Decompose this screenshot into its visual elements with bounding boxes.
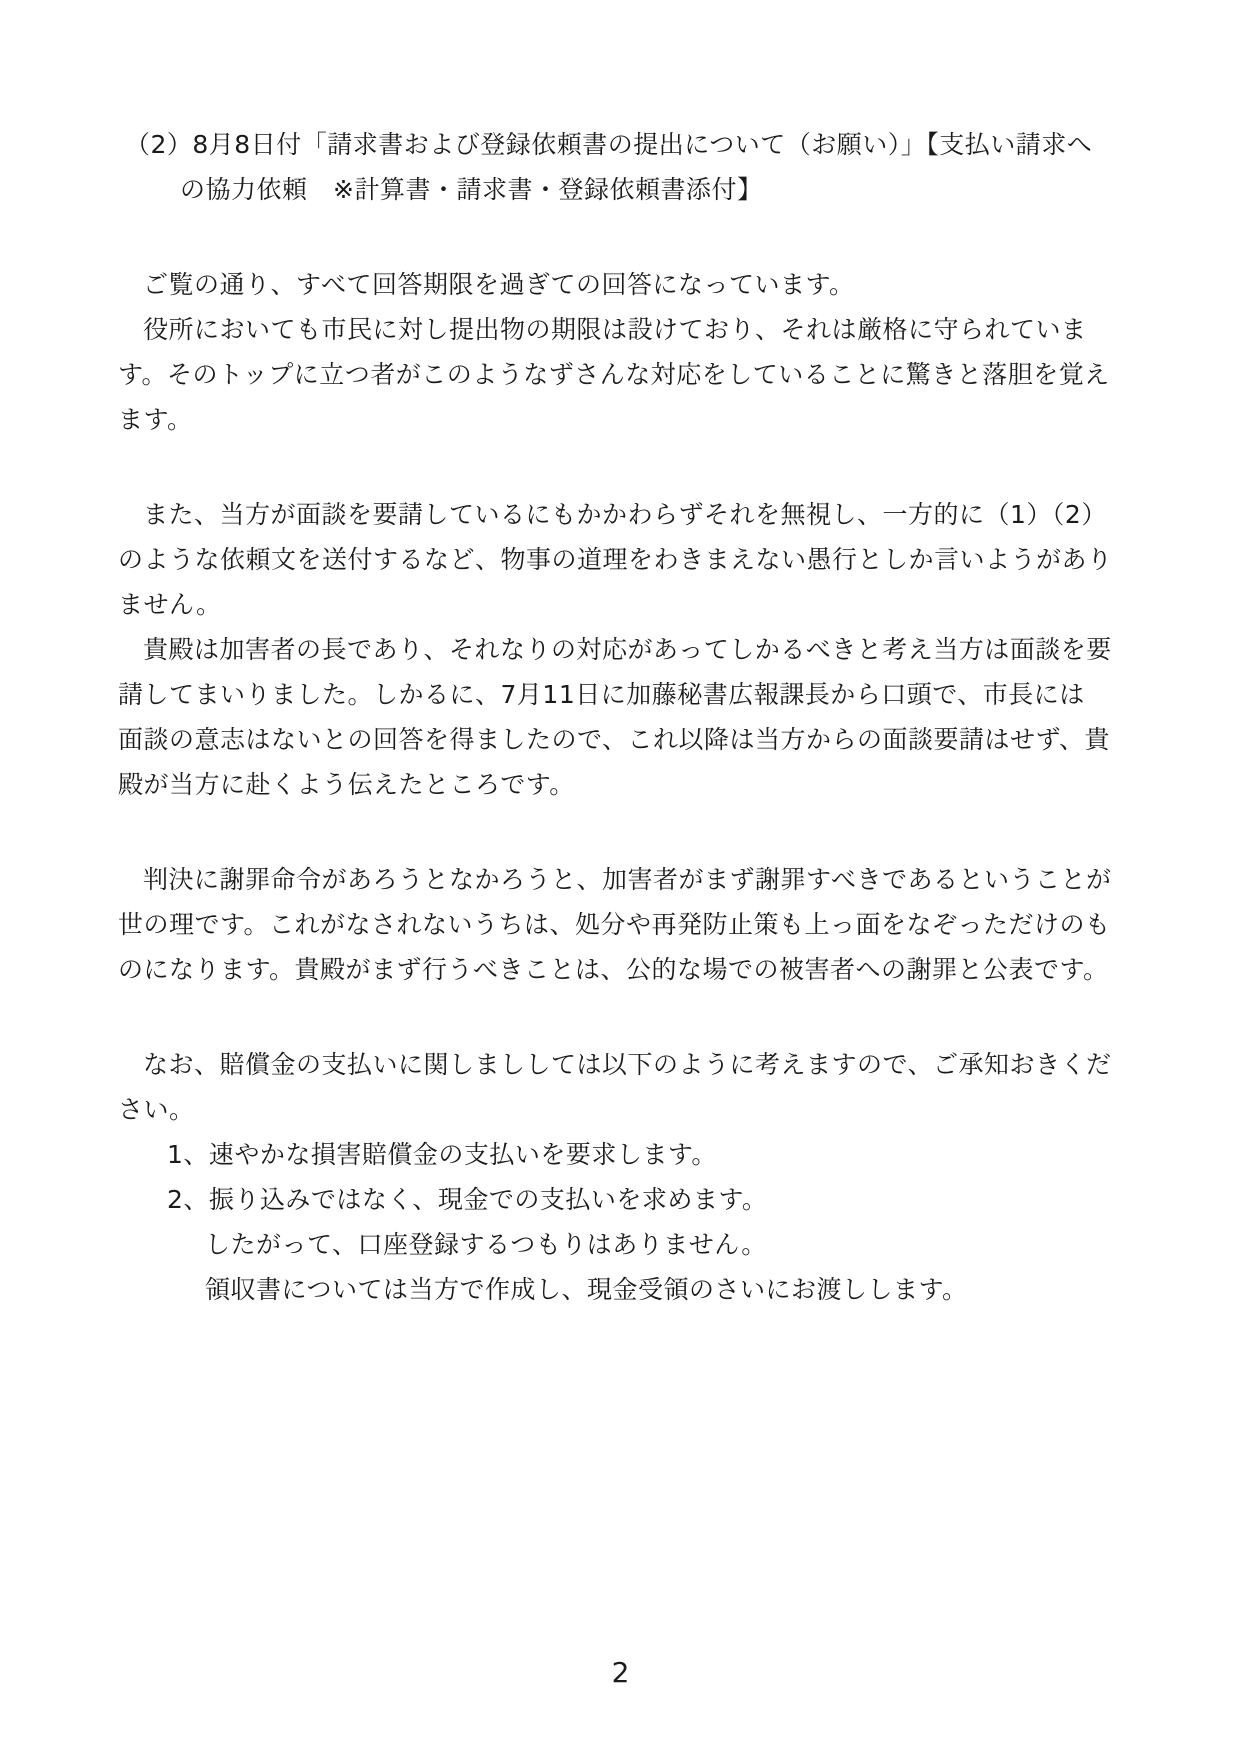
heading-item-2: （2）8月8日付「請求書および登録依頼書の提出について（お願い）」【支払い請求へ… xyxy=(118,122,1128,212)
text-line: 世の理です。これがなされないうちは、処分や再発防止策も上っ面をなぞっただけのも xyxy=(118,902,1128,947)
paragraph: なお、賠償金の支払いに関しまししては以下のように考えますので、ご承知おきくだ さ… xyxy=(118,1042,1128,1132)
page-number: 2 xyxy=(0,1650,1241,1695)
spacer xyxy=(118,212,1128,262)
list-item-line: 領収書については当方で作成し、現金受領のさいにお渡しします。 xyxy=(205,1267,1128,1312)
paragraph: また、当方が面談を要請しているにもかかわらずそれを無視し、一方的に（1）（2） … xyxy=(118,492,1128,627)
document-body: （2）8月8日付「請求書および登録依頼書の提出について（お願い）」【支払い請求へ… xyxy=(118,122,1128,1312)
spacer xyxy=(118,992,1128,1042)
spacer xyxy=(118,442,1128,492)
paragraph: ご覧の通り、すべて回答期限を過ぎての回答になっています。 xyxy=(118,262,1128,307)
text-line: 請してまいりました。しかるに、7月11日に加藤秘書広報課長から口頭で、市長には xyxy=(118,672,1128,717)
paragraph: 貴殿は加害者の長であり、それなりの対応があってしかるべきと考え当方は面談を要 請… xyxy=(118,627,1128,807)
text-line: 面談の意志はないとの回答を得ましたので、これ以降は当方からの面談要請はせず、貴 xyxy=(118,717,1128,762)
paragraph: 判決に謝罪命令があろうとなかろうと、加害者がまず謝罪すべきであるということが 世… xyxy=(118,857,1128,992)
text-line: のになります。貴殿がまず行うべきことは、公的な場での被害者への謝罪と公表です。 xyxy=(118,947,1128,992)
list-item-line: 1、速やかな損害賠償金の支払いを要求します。 xyxy=(167,1132,1128,1177)
text-line: 殿が当方に赴くよう伝えたところです。 xyxy=(118,762,1128,807)
text-line: さい。 xyxy=(118,1087,1128,1132)
text-line: ます。 xyxy=(118,397,1128,442)
text-line: また、当方が面談を要請しているにもかかわらずそれを無視し、一方的に（1）（2） xyxy=(143,492,1128,537)
text-line: ご覧の通り、すべて回答期限を過ぎての回答になっています。 xyxy=(143,262,1128,307)
spacer xyxy=(118,807,1128,857)
text-line: なお、賠償金の支払いに関しまししては以下のように考えますので、ご承知おきくだ xyxy=(143,1042,1128,1087)
heading-line: の協力依頼 ※計算書・請求書・登録依頼書添付】 xyxy=(180,167,1128,212)
text-line: 貴殿は加害者の長であり、それなりの対応があってしかるべきと考え当方は面談を要 xyxy=(143,627,1128,672)
text-line: 判決に謝罪命令があろうとなかろうと、加害者がまず謝罪すべきであるということが xyxy=(143,857,1128,902)
text-line: す。そのトップに立つ者がこのようなずさんな対応をしていることに驚きと落胆を覚え xyxy=(118,352,1128,397)
document-page: （2）8月8日付「請求書および登録依頼書の提出について（お願い）」【支払い請求へ… xyxy=(0,0,1241,1754)
text-line: のような依頼文を送付するなど、物事の道理をわきまえない愚行としか言いようがあり xyxy=(118,537,1128,582)
list-item-line: 2、振り込みではなく、現金での支払いを求めます。 xyxy=(167,1177,1128,1222)
list-item-line: したがって、口座登録するつもりはありません。 xyxy=(205,1222,1128,1267)
text-line: ません。 xyxy=(118,582,1128,627)
text-line: 役所においても市民に対し提出物の期限は設けており、それは厳格に守られていま xyxy=(143,307,1128,352)
paragraph: 役所においても市民に対し提出物の期限は設けており、それは厳格に守られていま す。… xyxy=(118,307,1128,442)
numbered-list: 1、速やかな損害賠償金の支払いを要求します。 2、振り込みではなく、現金での支払… xyxy=(118,1132,1128,1312)
heading-line: （2）8月8日付「請求書および登録依頼書の提出について（お願い）」【支払い請求へ xyxy=(125,122,1128,167)
